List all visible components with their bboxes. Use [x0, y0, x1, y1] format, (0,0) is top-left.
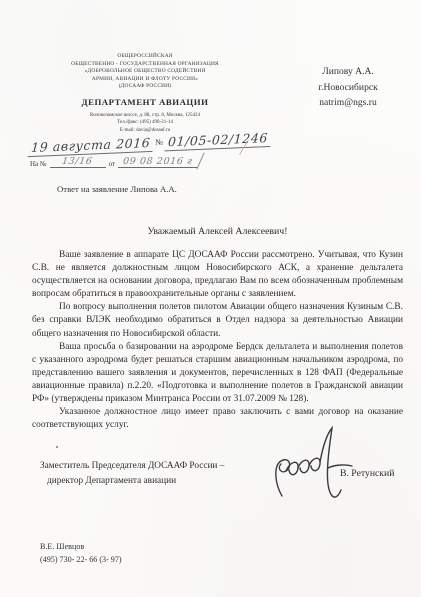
executor-block: В.Е. Шевцов (495) 730- 22- 66 (3- 97) — [40, 541, 122, 566]
handwritten-outgoing-number: 01/05-02/1246 — [164, 130, 271, 151]
signatory-position: Заместитель Председателя ДОСААФ России –… — [40, 459, 280, 488]
salutation: Уважаемый Алексей Алексеевич! — [32, 226, 403, 237]
signatory-position-line2: директор Департамента авиации — [40, 474, 280, 489]
org-name-line: «ДОБРОВОЛЬНОЕ ОБЩЕСТВО СОДЕЙСТВИЯ — [38, 68, 252, 76]
incoming-label: На № — [30, 160, 47, 168]
recipient-block: Липову А.А. г.Новосибирск natrim@ngs.ru — [282, 64, 414, 111]
handwritten-outgoing-date: 19 августа 2016 — [28, 135, 154, 157]
body-paragraph: Ваше заявление в аппарате ЦС ДОСААФ Росс… — [32, 249, 403, 301]
signatory-name: В. Ретунский — [340, 468, 394, 479]
scanned-letter-page: ОБЩЕРОССИЙСКАЯ ОБЩЕСТВЕННО - ГОСУДАРСТВЕ… — [0, 0, 421, 597]
letterhead: ОБЩЕРОССИЙСКАЯ ОБЩЕСТВЕННО - ГОСУДАРСТВЕ… — [38, 53, 252, 134]
signatory-position-line1: Заместитель Председателя ДОСААФ России – — [40, 459, 280, 474]
scan-dot-artifact — [56, 446, 58, 448]
department-title: ДЕПАРТАМЕНТ АВИАЦИИ — [38, 97, 252, 107]
address-line: Волоколамское шоссе, д. 88, стр. 8, Моск… — [38, 112, 252, 119]
phone-line: Тел./факс: (495) 490-21-14 — [38, 119, 252, 126]
org-name-line: ОБЩЕРОССИЙСКАЯ — [38, 53, 252, 61]
recipient-email: natrim@ngs.ru — [282, 95, 414, 111]
number-sign: № — [155, 137, 163, 146]
handwritten-incoming-number: 13/16 — [62, 156, 94, 167]
executor-name: В.Е. Шевцов — [40, 541, 122, 554]
body-paragraph: Ваша просьба о базировании на аэродроме … — [32, 341, 403, 406]
recipient-city: г.Новосибирск — [282, 80, 414, 96]
subject-line: Ответ на заявление Липова А.А. — [57, 184, 177, 194]
letter-body: Ваше заявление в аппарате ЦС ДОСААФ Росс… — [32, 249, 403, 432]
incoming-reference-line: На № 13/16 от 09 08 2016 г — [30, 156, 201, 168]
org-name-line: (ДОСААФ РОССИИ) — [38, 83, 252, 91]
incoming-date-blank: 09 08 2016 г — [118, 156, 198, 168]
incoming-number-blank: 13/16 — [50, 156, 106, 168]
recipient-name: Липову А.А. — [282, 64, 414, 80]
body-paragraph: По вопросу выполнения полетов пилотом Ав… — [32, 301, 403, 340]
executor-phone: (495) 730- 22- 66 (3- 97) — [40, 554, 122, 567]
from-label: от — [109, 160, 115, 168]
handwritten-incoming-date: 09 08 2016 г — [123, 156, 194, 167]
